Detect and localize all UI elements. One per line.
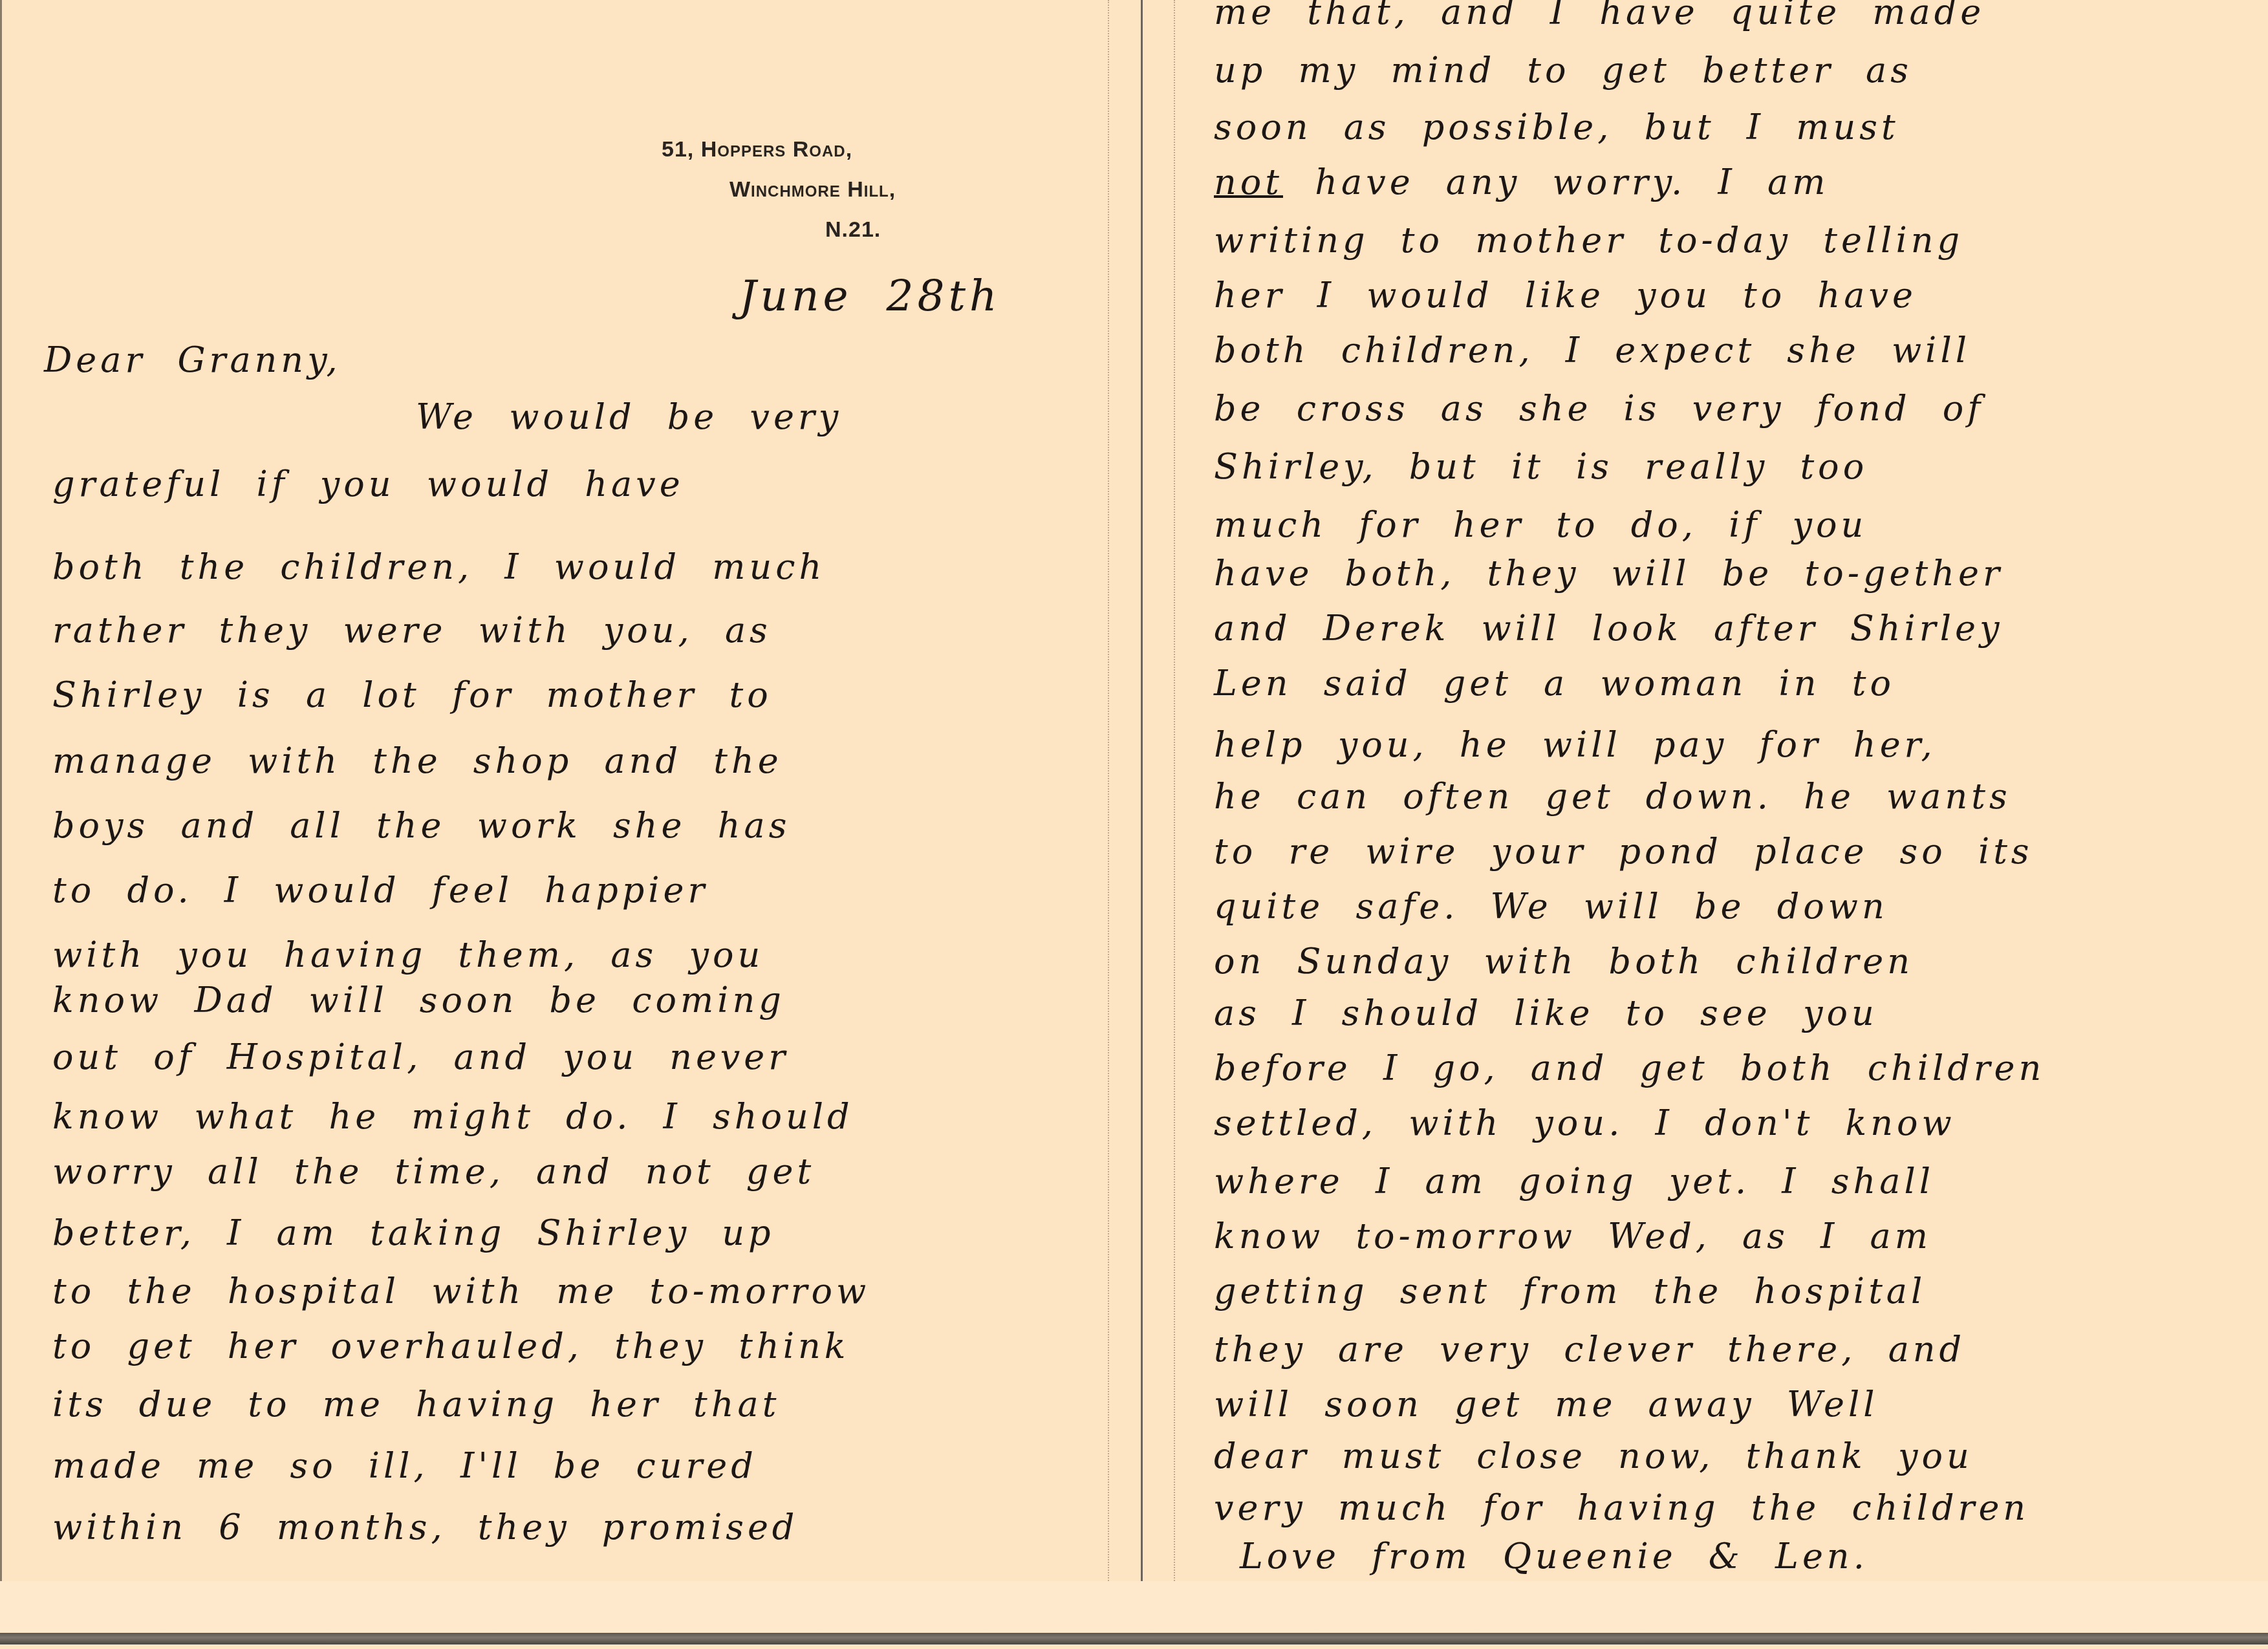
perforation-edge bbox=[1108, 0, 1109, 1581]
body-line: manage with the shop and the bbox=[52, 744, 783, 779]
body-line: soon as possible, but I must bbox=[1214, 110, 1899, 145]
body-line: quite safe. We will be down bbox=[1214, 889, 1888, 924]
body-line: with you having them, as you bbox=[52, 938, 764, 973]
body-line: its due to me having her that bbox=[52, 1387, 780, 1422]
scanner-edge-strip bbox=[0, 1633, 2268, 1644]
body-line: rather they were with you, as bbox=[52, 613, 772, 648]
body-line: within 6 months, they promised bbox=[52, 1510, 798, 1545]
body-line: We would be very bbox=[416, 400, 842, 435]
body-line: not have any worry. I am bbox=[1214, 165, 1829, 200]
letterhead-line-2: Winchmore Hill, bbox=[729, 177, 896, 202]
body-line: will soon get me away Well bbox=[1214, 1387, 1878, 1422]
body-line: Len said get a woman in to bbox=[1214, 666, 1895, 701]
body-line: writing to mother to-day telling bbox=[1214, 223, 1963, 258]
body-line: up my mind to get better as bbox=[1214, 53, 1912, 88]
body-line: to do. I would feel happier bbox=[52, 873, 708, 908]
body-line: Shirley is a lot for mother to bbox=[52, 678, 772, 713]
body-line: to the hospital with me to-morrow bbox=[52, 1274, 870, 1309]
body-line: Shirley, but it is really too bbox=[1214, 449, 1868, 484]
body-line: have both, they will be to-gether bbox=[1214, 556, 2003, 591]
body-line: better, I am taking Shirley up bbox=[52, 1216, 775, 1251]
underlined-word: not bbox=[1214, 162, 1283, 202]
signature-line: Love from Queenie & Len. bbox=[1240, 1539, 1868, 1574]
letter-date: June 28th bbox=[739, 275, 1001, 318]
body-line-rest: have any worry. I am bbox=[1315, 162, 1829, 202]
letterhead-line-3: N.21. bbox=[825, 217, 881, 242]
body-line: very much for having the children bbox=[1214, 1491, 2029, 1525]
body-line: getting sent from the hospital bbox=[1214, 1274, 1926, 1309]
body-line: before I go, and get both children bbox=[1214, 1051, 2045, 1086]
body-line: on Sunday with both children bbox=[1214, 944, 1914, 979]
body-line: where I am going yet. I shall bbox=[1214, 1164, 1934, 1199]
body-line: and Derek will look after Shirley bbox=[1214, 611, 2003, 646]
body-line: they are very clever there, and bbox=[1214, 1332, 1965, 1367]
letter-page-right: me that, and I have quite made up my min… bbox=[1143, 0, 2268, 1581]
body-line: know what he might do. I should bbox=[52, 1099, 854, 1134]
body-line: he can often get down. he wants bbox=[1214, 779, 2011, 814]
paper-bottom-edge bbox=[0, 1644, 2268, 1649]
body-line: grateful if you would have bbox=[52, 467, 684, 502]
body-line: much for her to do, if you bbox=[1214, 508, 1867, 543]
body-line: help you, he will pay for her, bbox=[1214, 727, 1936, 762]
body-line: both the children, I would much bbox=[52, 550, 825, 585]
body-line: made me so ill, I'll be cured bbox=[52, 1449, 757, 1483]
body-line: know Dad will soon be coming bbox=[52, 983, 785, 1018]
body-line: boys and all the work she has bbox=[52, 808, 790, 843]
body-line: be cross as she is very fond of bbox=[1214, 391, 1984, 426]
letterhead-line-1: 51, Hoppers Road, bbox=[662, 137, 852, 162]
body-line: out of Hospital, and you never bbox=[52, 1040, 789, 1075]
body-line: dear must close now, thank you bbox=[1214, 1439, 1973, 1474]
salutation: Dear Granny, bbox=[44, 343, 341, 378]
body-line: as I should like to see you bbox=[1214, 996, 1878, 1031]
perforation-edge bbox=[1174, 0, 1175, 1581]
body-line: me that, and I have quite made bbox=[1214, 0, 1985, 30]
body-line: worry all the time, and not get bbox=[52, 1154, 815, 1189]
body-line: settled, with you. I don't know bbox=[1214, 1106, 1956, 1141]
body-line: know to-morrow Wed, as I am bbox=[1214, 1219, 1932, 1254]
body-line: to re wire your pond place so its bbox=[1214, 834, 2033, 869]
body-line: her I would like you to have bbox=[1214, 278, 1917, 313]
letter-page-left: 51, Hoppers Road, Winchmore Hill, N.21. … bbox=[0, 0, 1141, 1581]
body-line: to get her overhauled, they think bbox=[52, 1329, 850, 1364]
body-line: both children, I expect she will bbox=[1214, 333, 1971, 368]
paper-lower-margin bbox=[0, 1581, 2268, 1633]
